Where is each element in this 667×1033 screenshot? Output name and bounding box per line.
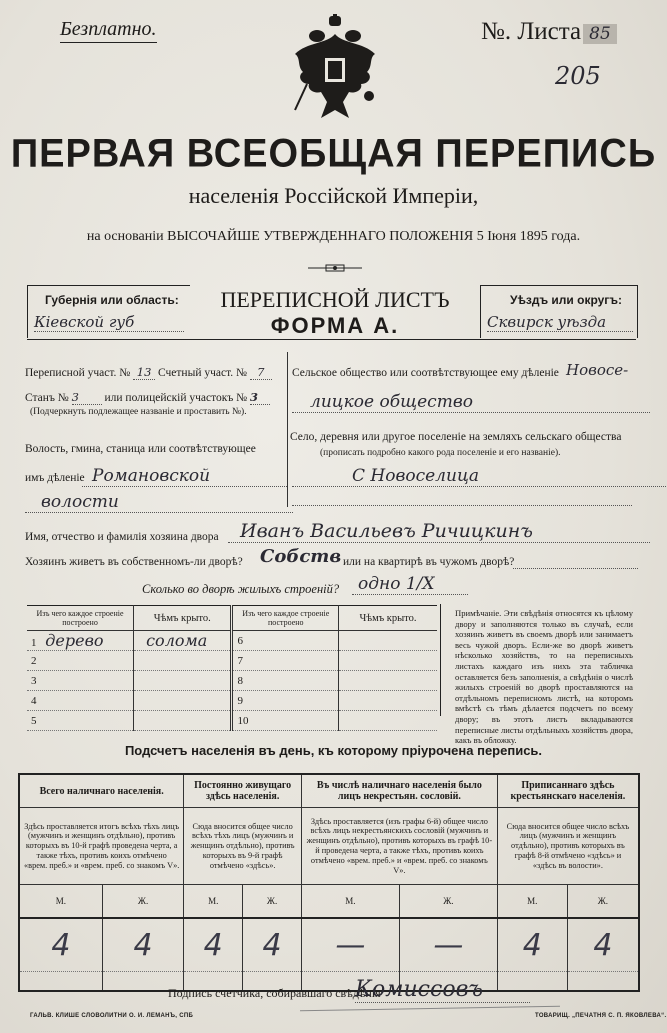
col-permanent-header: Постоянно живущаго здѣсь населенія. <box>184 774 302 808</box>
census-district-field[interactable]: 13 <box>133 365 155 380</box>
non-peasant-female-field[interactable]: — <box>399 918 497 972</box>
material-value: дерево <box>45 631 103 650</box>
village-field[interactable]: С Новоселица <box>292 466 667 487</box>
population-table: Всего наличнаго населенія. Постоянно жив… <box>18 773 640 992</box>
imprint-left: ГАЛЬВ. КЛИШЕ СЛОВОЛИТНИ О. И. ЛЕМАНЪ, СП… <box>30 1013 193 1019</box>
table-row: 2 7 <box>27 651 437 671</box>
col-registered-header: Приписаннаго здѣсь крестьянскаго населен… <box>497 774 639 808</box>
volost-field-2[interactable]: волости <box>25 492 293 513</box>
owner-label: Имя, отчество и фамилія хозяина двора <box>25 531 219 543</box>
row-number: 7 <box>237 655 243 667</box>
underline-hint: (Подчеркнуть подлежащее названіе и прост… <box>30 407 247 417</box>
counting-district-field[interactable]: 7 <box>250 365 272 380</box>
col-material-header-2: Изъ чего каждое строеніе построено <box>232 606 339 631</box>
col-registered-desc: Сюда вносится общее число всѣхъ лицъ (му… <box>497 808 639 885</box>
male-label: М. <box>19 885 102 919</box>
row-number: 5 <box>31 715 37 727</box>
female-label: Ж. <box>399 885 497 919</box>
stan-field[interactable]: 3 <box>72 390 102 405</box>
material-cell[interactable]: 4 <box>27 691 134 711</box>
ornament-divider-icon <box>308 263 362 273</box>
roof-cell[interactable] <box>134 711 232 731</box>
material-cell[interactable]: 7 <box>232 651 339 671</box>
form-subtitle: ФОРМА А. <box>190 313 480 339</box>
stan-label: Станъ № <box>25 392 69 404</box>
rented-field[interactable] <box>513 568 638 569</box>
uezd-field[interactable]: Сквирск уѣзда <box>487 313 633 332</box>
stan-row: Станъ № 3 или полицейскій участокъ № 3 <box>25 390 270 405</box>
material-cell[interactable]: 3 <box>27 671 134 691</box>
registered-male-field[interactable]: 4 <box>497 918 567 972</box>
buildings-table: Изъ чего каждое строеніе построено Чѣмъ … <box>27 605 437 725</box>
table-row: 3 8 <box>27 671 437 691</box>
permanent-female-field[interactable]: 4 <box>243 918 302 972</box>
sheet-number-value: 85 <box>583 24 617 44</box>
roof-cell[interactable] <box>134 691 232 711</box>
roof-cell[interactable] <box>339 631 437 651</box>
signature-label: Подпись счетчика, собиравшаго свѣдѣнія <box>168 986 381 1001</box>
row-number: 6 <box>237 635 243 647</box>
signature-field[interactable]: Комиссовъ <box>355 977 530 1003</box>
residence-label-2: или на квартирѣ въ чужомъ дворѣ? <box>343 556 514 568</box>
row-number: 9 <box>237 695 243 707</box>
row-number: 1 <box>31 637 37 649</box>
guberniya-field[interactable]: Кіевской губ <box>34 313 184 332</box>
material-cell[interactable]: 2 <box>27 651 134 671</box>
female-label: Ж. <box>102 885 184 919</box>
volost-field[interactable]: Романовской <box>82 466 287 487</box>
total-female-field[interactable]: 4 <box>102 918 184 972</box>
material-cell[interactable]: 1 дерево <box>27 631 134 651</box>
society-label: Сельское общество или соотвѣтствующее ем… <box>292 367 562 379</box>
empty-cell <box>567 972 639 992</box>
owner-field[interactable]: Иванъ Васильевъ Ричицкинъ <box>228 520 650 543</box>
table-row: 1 дерево солома 6 <box>27 631 437 651</box>
census-form-page: Безплатно. №. Листа85 205 ПЕРВАЯ ВСЕОБЩА… <box>0 0 667 1033</box>
col-permanent-desc: Сюда вносится общее число всѣхъ тѣхъ лиц… <box>184 808 302 885</box>
note-divider <box>440 604 441 716</box>
registered-female-field[interactable]: 4 <box>567 918 639 972</box>
total-male-field[interactable]: 4 <box>19 918 102 972</box>
material-cell[interactable]: 8 <box>232 671 339 691</box>
imprint-right: ТОВАРИЩ. „ПЕЧАТНЯ С. П. ЯКОВЛЕВА“. <box>535 1013 666 1019</box>
residence-field[interactable]: Собств <box>260 546 341 567</box>
buildings-count-label: Сколько во дворѣ жилыхъ строеній? <box>142 582 339 597</box>
sheet-number: №. Листа85 <box>481 18 617 46</box>
roof-cell[interactable]: солома <box>134 631 232 651</box>
free-of-charge-label: Безплатно. <box>60 18 157 43</box>
residence-label: Хозяинъ живетъ въ собственномъ-ли дворѣ? <box>25 556 243 568</box>
row-number: 10 <box>237 715 248 727</box>
note-text: Примѣчаніе. Эти свѣдѣнія относятся къ цѣ… <box>455 608 633 746</box>
legal-basis: на основаніи ВЫСОЧАЙШЕ УТВЕРЖДЕННАГО ПОЛ… <box>0 229 667 245</box>
village-label: Село, деревня или другое поселеніе на зе… <box>290 431 621 443</box>
roof-cell[interactable] <box>339 691 437 711</box>
buildings-count-field[interactable]: одно 1/X <box>352 574 468 595</box>
col-total-header: Всего наличнаго населенія. <box>19 774 184 808</box>
roof-cell[interactable] <box>134 671 232 691</box>
male-label: М. <box>497 885 567 919</box>
police-district-field[interactable]: 3 <box>250 390 270 405</box>
uezd-label: Уѣздъ или округъ: <box>510 293 622 307</box>
permanent-male-field[interactable]: 4 <box>184 918 243 972</box>
table-row: 4 9 <box>27 691 437 711</box>
row-number: 4 <box>31 695 37 707</box>
society-field-2[interactable]: лицкое общество <box>292 392 650 413</box>
counting-district-label: Счетный участ. № <box>158 367 247 379</box>
roof-cell[interactable] <box>339 711 437 731</box>
material-cell[interactable]: 9 <box>232 691 339 711</box>
table-row: 5 10 <box>27 711 437 731</box>
village-field-2[interactable] <box>292 505 632 506</box>
male-label: М. <box>301 885 399 919</box>
volost-label: Волость, гмина, станица или соотвѣтствую… <box>25 443 256 455</box>
roof-cell[interactable] <box>339 671 437 691</box>
signature-flourish <box>300 1006 560 1012</box>
page-subtitle: населенія Россійской Имперіи, <box>0 183 667 209</box>
guberniya-label: Губернія или область: <box>45 293 179 307</box>
form-title: ПЕРЕПИСНОЙ ЛИСТЪ <box>190 287 480 313</box>
sheet-number-label: №. Листа <box>481 18 581 45</box>
volost-label-2: имъ дѣленіе <box>25 472 85 484</box>
female-label: Ж. <box>243 885 302 919</box>
row-number: 2 <box>31 655 37 667</box>
col-non-peasant-desc: Здѣсь проставляется (изъ графы 6-й) обще… <box>301 808 497 885</box>
roof-cell[interactable] <box>339 651 437 671</box>
society-field[interactable]: Новосе- <box>566 361 628 379</box>
double-headed-eagle-icon <box>287 14 383 126</box>
male-label: М. <box>184 885 243 919</box>
police-district-label: или полицейскій участокъ № <box>105 392 248 404</box>
roof-cell[interactable] <box>134 651 232 671</box>
female-label: Ж. <box>567 885 639 919</box>
col-non-peasant-header: Въ числѣ наличнаго населенія было лицъ н… <box>301 774 497 808</box>
row-number: 3 <box>31 675 37 687</box>
census-district-label: Переписной участ. № <box>25 367 130 379</box>
village-hint: (прописать подробно какого рода поселені… <box>320 448 560 458</box>
material-cell[interactable]: 10 <box>232 711 339 731</box>
material-cell[interactable]: 5 <box>27 711 134 731</box>
header-divider <box>27 339 636 340</box>
empty-cell <box>19 972 102 992</box>
col-material-header: Изъ чего каждое строеніе построено <box>27 606 134 631</box>
col-roof-header-2: Чѣмъ крыто. <box>339 606 437 631</box>
page-title: ПЕРВАЯ ВСЕОБЩАЯ ПЕРЕПИСЬ <box>0 132 667 177</box>
column-divider <box>287 352 288 507</box>
row-number: 8 <box>237 675 243 687</box>
census-district-row: Переписной участ. № 13 Счетный участ. № … <box>25 365 272 380</box>
archive-number: 205 <box>555 62 601 90</box>
material-cell[interactable]: 6 <box>232 631 339 651</box>
col-roof-header: Чѣмъ крыто. <box>134 606 232 631</box>
population-title: Подсчетъ населенія въ день, къ которому … <box>0 743 667 758</box>
col-total-desc: Здѣсь проставляется итогъ всѣхъ тѣхъ лиц… <box>19 808 184 885</box>
non-peasant-male-field[interactable]: — <box>301 918 399 972</box>
